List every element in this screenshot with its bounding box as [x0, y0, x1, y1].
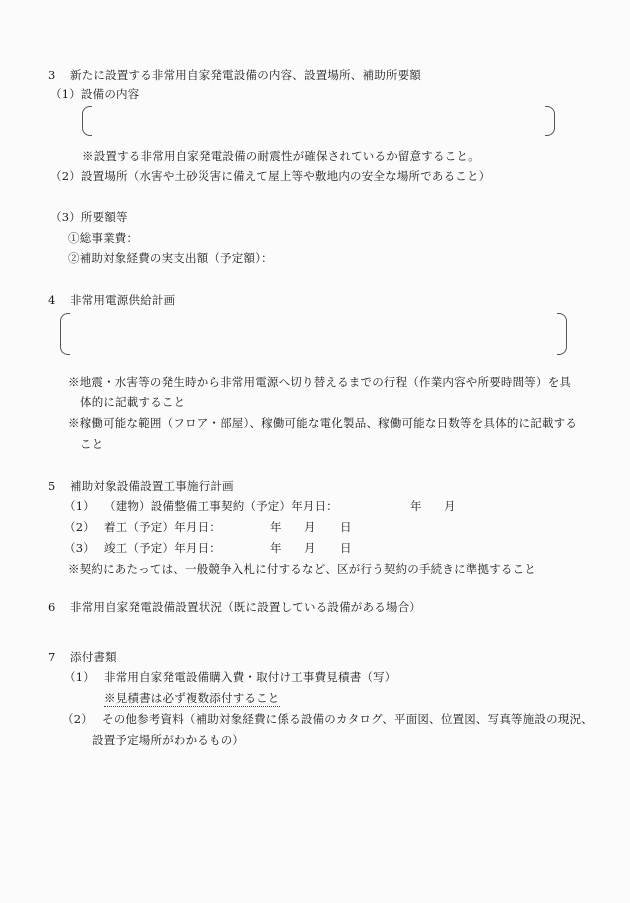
section4-note2-line2: こと	[80, 439, 103, 451]
equipment-content-bracket-left	[82, 106, 92, 136]
section4-note2-line1: ※稼働可能な範囲（フロア・部屋）、稼働可能な電化製品、稼働可能な日数等を具体的に…	[68, 418, 577, 430]
section3-heading: 3新たに設置する非常用自家発電設備の内容、設置場所、補助所要額	[48, 70, 421, 82]
section7-item2-label-line1: その他参考資料（補助対象経費に係る設備のカタログ、平面図、位置図、写真等施設の現…	[102, 714, 593, 726]
total-cost-label: ①総事業費：	[68, 233, 138, 245]
power-plan-bracket-right	[557, 313, 567, 355]
section7-item1-note: ※見積書は必ず複数添付すること	[104, 693, 280, 705]
completion-year-field[interactable]	[210, 540, 265, 556]
equipment-content-bracket-right	[545, 106, 555, 136]
section4-note1-line1: ※地震・水害等の発生時から非常用電源へ切り替えるまでの行程（作業内容や所要時間等…	[68, 377, 571, 389]
start-month-label: 月	[304, 522, 316, 534]
section7-item1-label: 非常用自家発電設備購入費・取付け工事費見積書（写）	[104, 672, 397, 684]
section3-title: 新たに設置する非常用自家発電設備の内容、設置場所、補助所要額	[70, 68, 421, 82]
section5-number: 5	[48, 481, 70, 493]
start-date-num: （2）	[64, 522, 95, 534]
start-year-label: 年	[270, 522, 282, 534]
contract-year-field[interactable]	[320, 498, 400, 514]
start-day-label: 日	[340, 522, 352, 534]
completion-day-label: 日	[340, 543, 352, 555]
power-plan-field[interactable]	[72, 313, 554, 355]
section7-title: 添付書類	[70, 650, 117, 664]
section7-item2-num: （2）	[62, 714, 93, 726]
section7-number: 7	[48, 652, 70, 664]
subsidy-cost-field[interactable]	[280, 250, 540, 266]
section6-heading: 6非常用自家発電設備設置状況（既に設置している設備がある場合）	[48, 602, 421, 614]
section5-note: ※契約にあたっては、一般競争入札に付するなど、区が行う契約の手続きに準拠すること	[68, 564, 536, 576]
section7-item2-label-line2: 設置予定場所がわかるもの）	[92, 735, 244, 747]
section3-item1-note: ※設置する非常用自家発電設備の耐震性が確保されているか留意すること。	[82, 151, 480, 163]
contract-year-label: 年	[410, 501, 422, 513]
section4-title: 非常用電源供給計画	[70, 293, 175, 307]
section3-item3-label: （3）所要額等	[50, 212, 128, 224]
section3-number: 3	[48, 70, 70, 82]
contract-date-num: （1）	[64, 501, 95, 513]
section7-item1-num: （1）	[64, 672, 95, 684]
section4-heading: 4非常用電源供給計画	[48, 295, 175, 307]
existing-equipment-field[interactable]	[66, 620, 586, 642]
total-cost-field[interactable]	[150, 230, 450, 246]
section4-note1-line2: 体的に記載すること	[80, 397, 185, 409]
section5-heading: 5補助対象設備設置工事施行計画	[48, 481, 234, 493]
start-date-label: 着工（予定）年月日：	[104, 522, 221, 534]
section7-heading: 7添付書類	[48, 652, 117, 664]
section4-number: 4	[48, 295, 70, 307]
completion-date-num: （3）	[64, 543, 95, 555]
section3-item1-label: （1）設備の内容	[50, 89, 139, 101]
contract-date-label: （建物）設備整備工事契約（予定）年月日：	[104, 501, 338, 513]
section5-title: 補助対象設備設置工事施行計画	[70, 479, 234, 493]
contract-month-label: 月	[444, 501, 456, 513]
section6-title: 非常用自家発電設備設置状況（既に設置している設備がある場合）	[70, 600, 421, 614]
section6-number: 6	[48, 602, 70, 614]
completion-year-label: 年	[270, 543, 282, 555]
estimate-note-text: ※見積書は必ず複数添付すること	[104, 691, 280, 707]
completion-date-label: 竣工（予定）年月日：	[104, 543, 221, 555]
equipment-content-field[interactable]	[94, 106, 542, 136]
subsidy-cost-label: ②補助対象経費の実支出額（予定額）：	[68, 253, 273, 265]
install-location-field[interactable]	[66, 188, 586, 208]
section3-item2-label: （2）設置場所（水害や土砂災害に備えて屋上等や敷地内の安全な場所であること）	[50, 171, 490, 183]
completion-month-label: 月	[304, 543, 316, 555]
power-plan-bracket-left	[60, 313, 70, 355]
start-year-field[interactable]	[210, 519, 265, 535]
